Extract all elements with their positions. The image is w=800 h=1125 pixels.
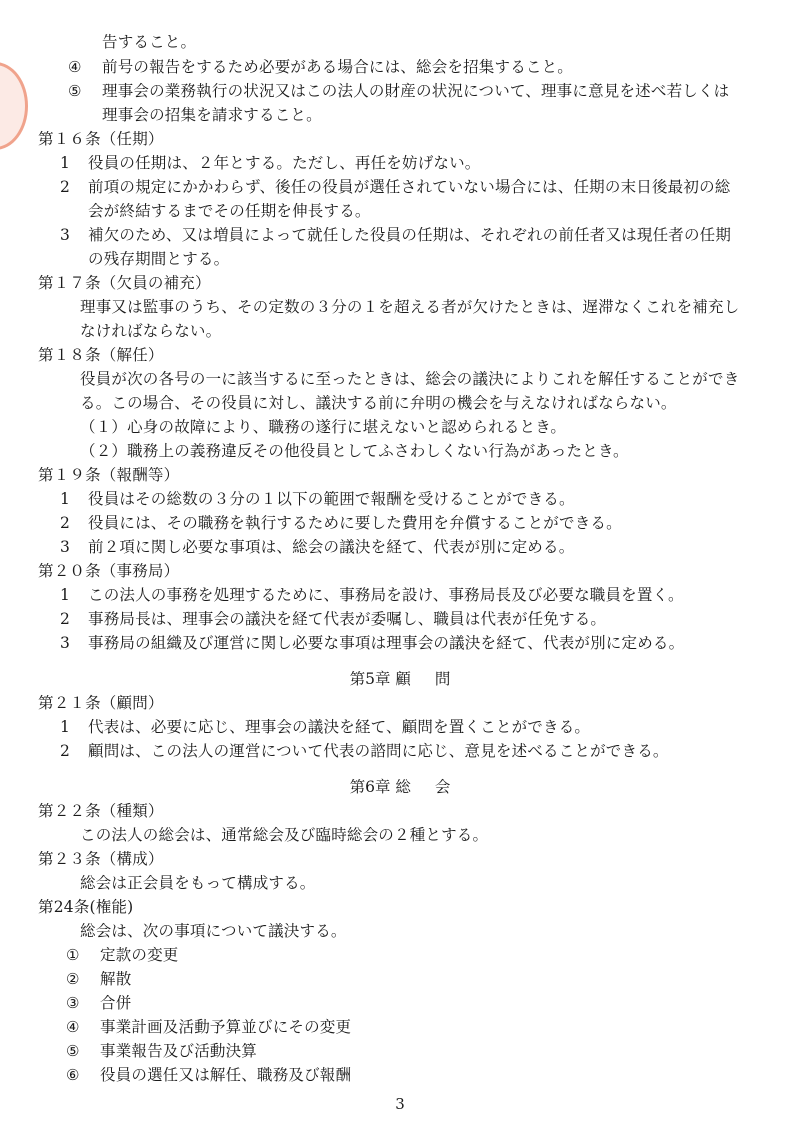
item-text: 補欠のため、又は増員によって就任した役員の任期は、それぞれの前任者又は現任者の任… [88, 223, 731, 247]
article-19-title: 第１９条（報酬等） [38, 463, 179, 487]
item-text: 役員には、その職務を執行するために要した費用を弁償することができる。 [88, 511, 622, 535]
sub-item: （２）職務上の義務違反その他役員としてふさわしくない行為があったとき。 [80, 439, 629, 463]
chapter-word: 総 [395, 778, 411, 796]
item-number: 2 [60, 607, 70, 631]
sub-item: （１）心身の故障により、職務の遂行に堪えないと認められるとき。 [80, 415, 566, 439]
item-text: この法人の事務を処理するために、事務局を設け、事務局長及び必要な職員を置く。 [88, 583, 684, 607]
item-number: 1 [60, 583, 70, 607]
article-body: なければならない。 [80, 319, 221, 343]
item-text: 理事会の業務執行の状況又はこの法人の財産の状況について、理事に意見を述べ若しくは [102, 79, 729, 103]
item-text: 前２項に関し必要な事項は、総会の議決を経て、代表が別に定める。 [88, 535, 574, 559]
item-number: 1 [60, 487, 70, 511]
item-number: ① [66, 943, 79, 967]
item-text: 事業報告及び活動決算 [100, 1039, 257, 1063]
item-text: 役員の選任又は解任、職務及び報酬 [100, 1063, 351, 1087]
item-number: 2 [60, 511, 70, 535]
article-22-title: 第２２条（種類） [38, 799, 164, 823]
item-number: ⑥ [66, 1063, 79, 1087]
article-body: 総会は正会員をもって構成する。 [80, 871, 316, 895]
chapter-word: 問 [435, 670, 451, 688]
article-body: この法人の総会は、通常総会及び臨時総会の２種とする。 [80, 823, 488, 847]
item-number: 3 [60, 223, 70, 247]
item-number: 2 [60, 739, 70, 763]
article-18-title: 第１８条（解任） [38, 343, 164, 367]
article-body: 総会は、次の事項について議決する。 [80, 919, 347, 943]
article-20-title: 第２０条（事務局） [38, 559, 179, 583]
article-23-title: 第２３条（構成） [38, 847, 164, 871]
item-text: 前号の報告をするため必要がある場合には、総会を招集すること。 [102, 55, 573, 79]
chapter-word: 顧 [395, 670, 411, 688]
item-number: 3 [60, 535, 70, 559]
page-number: 3 [0, 1095, 800, 1113]
chapter-6-heading: 第6章 総会 [0, 775, 800, 799]
item-number: 2 [60, 175, 70, 199]
item-number: ③ [66, 991, 79, 1015]
item-text: 役員はその総数の３分の１以下の範囲で報酬を受けることができる。 [88, 487, 575, 511]
item-text: 前項の規定にかかわらず、後任の役員が選任されていない場合には、任期の末日後最初の… [88, 175, 730, 199]
article-body: る。この場合、その役員に対し、議決する前に弁明の機会を与えなければならない。 [80, 391, 677, 415]
item-text: 役員の任期は、２年とする。ただし、再任を妨げない。 [88, 151, 481, 175]
item-number: ④ [68, 55, 81, 79]
item-text: 顧問は、この法人の運営について代表の諮問に応じ、意見を述べることができる。 [88, 739, 669, 763]
item-number: 3 [60, 631, 70, 655]
article-body: 役員が次の各号の一に該当するに至ったときは、総会の議決によりこれを解任することが… [80, 367, 739, 391]
item-number: ⑤ [68, 79, 81, 103]
article-body: 理事又は監事のうち、その定数の３分の１を超える者が欠けたときは、遅滞なくこれを補… [80, 295, 739, 319]
article-16-title: 第１６条（任期） [38, 127, 164, 151]
item-text: 代表は、必要に応じ、理事会の議決を経て、顧問を置くことができる。 [88, 715, 590, 739]
item-text: 理事会の招集を請求すること。 [102, 103, 322, 127]
item-text: 事業計画及活動予算並びにその変更 [100, 1015, 351, 1039]
article-17-title: 第１７条（欠員の補充） [38, 271, 211, 295]
item-text: 事務局長は、理事会の議決を経て代表が委嘱し、職員は代表が任免する。 [88, 607, 606, 631]
item-text: 解散 [100, 967, 131, 991]
chapter-word: 会 [435, 778, 451, 796]
article-21-title: 第２１条（顧問） [38, 691, 164, 715]
chapter-label: 第5章 [350, 670, 391, 688]
item-text: 定款の変更 [100, 943, 179, 967]
item-number: ⑤ [66, 1039, 79, 1063]
item-text: 会が終結するまでその任期を伸長する。 [88, 199, 371, 223]
item-text: の残存期間とする。 [88, 247, 229, 271]
document-page: 告すること。 ④ 前号の報告をするため必要がある場合には、総会を招集すること。 … [0, 0, 800, 1125]
item-number: ④ [66, 1015, 79, 1039]
item-number: 1 [60, 151, 70, 175]
item-text: 合併 [100, 991, 131, 1015]
chapter-label: 第6章 [350, 778, 391, 796]
item-text: 事務局の組織及び運営に関し必要な事項は理事会の議決を経て、代表が別に定める。 [88, 631, 684, 655]
item-number: ② [66, 967, 79, 991]
item-number: 1 [60, 715, 70, 739]
chapter-5-heading: 第5章 顧問 [0, 667, 800, 691]
article-24-title: 第24条(権能) [38, 895, 133, 919]
continuation-text: 告すること。 [102, 30, 196, 54]
